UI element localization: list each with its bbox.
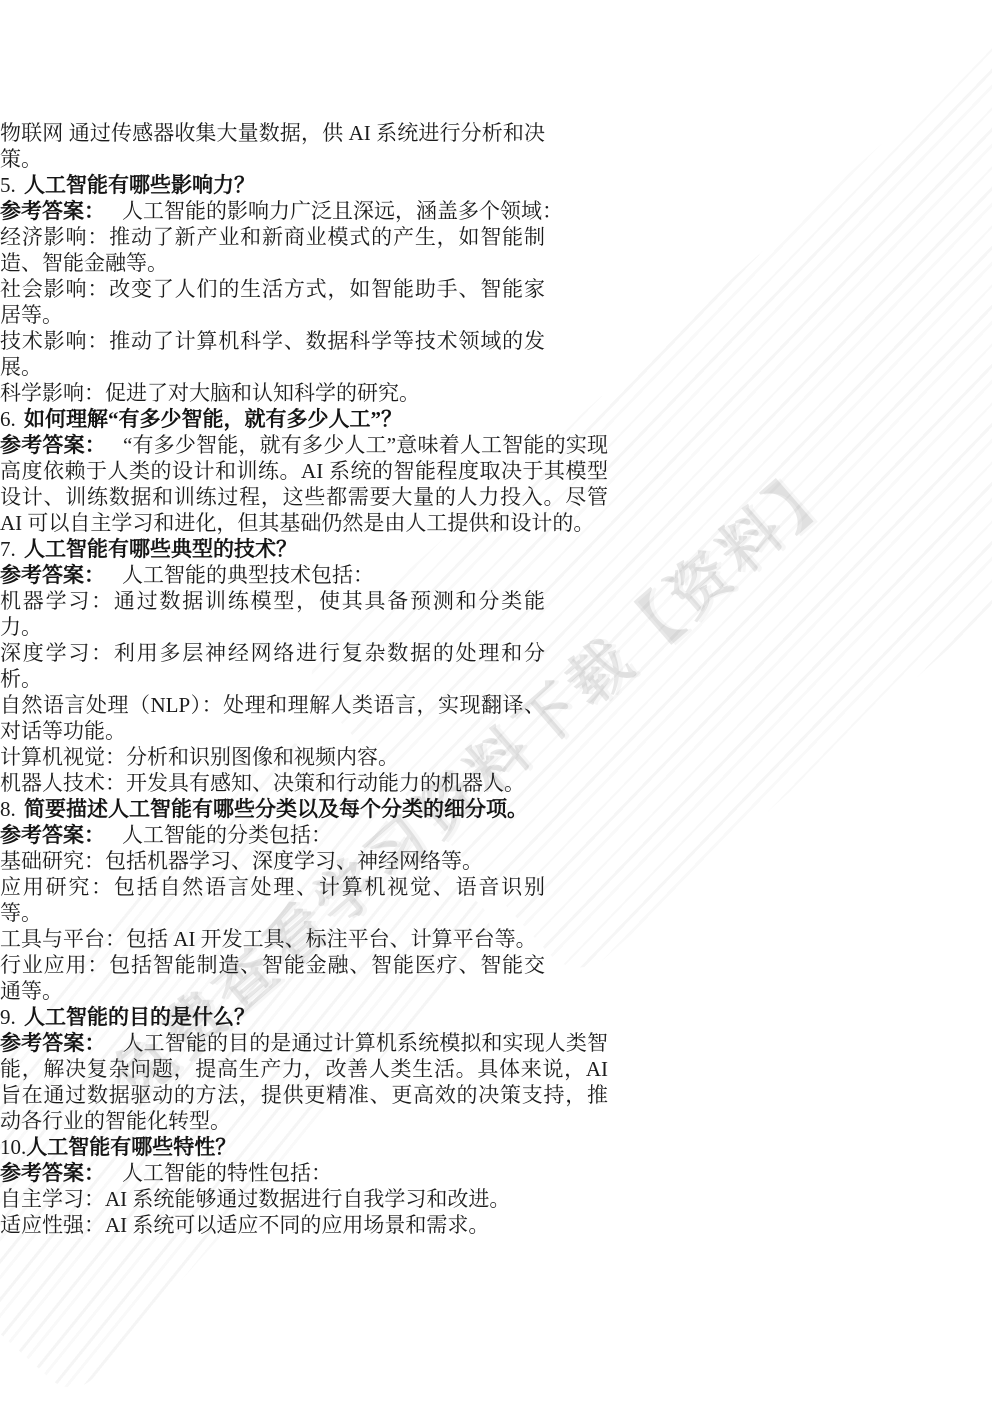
answer-sub-bullet-text: 自然语言处理（NLP）：处理和理解人类语言，实现翻译、对话等功能。: [0, 693, 545, 743]
question-number: 10.: [0, 1134, 26, 1160]
question-item: 7.人工智能有哪些典型的技术？: [0, 536, 992, 562]
question-text: 人工智能有哪些典型的技术？: [24, 537, 297, 561]
answer-text: 人工智能的影响力广泛且深远，涵盖多个领域：: [122, 199, 563, 223]
question-text: 人工智能有哪些影响力？: [24, 173, 255, 197]
answer-sub-bullet: 机器人技术：开发具有感知、决策和行动能力的机器人。: [0, 770, 545, 796]
answer-sub-bullet: 社会影响：改变了人们的生活方式，如智能助手、智能家居等。: [0, 276, 545, 328]
question-item: 9.人工智能的目的是什么？: [0, 1004, 992, 1030]
answer-sub-bullet-text: 计算机视觉：分析和识别图像和视频内容。: [0, 745, 399, 769]
answer-row: 参考答案：“有多少智能，就有多少人工”意味着人工智能的实现高度依赖于人类的设计和…: [0, 432, 608, 536]
question-number: 9.: [0, 1004, 24, 1030]
answer-sub-bullet-text: 经济影响：推动了新产业和新商业模式的产生，如智能制造、智能金融等。: [0, 225, 545, 275]
answer-sub-bullet: 经济影响：推动了新产业和新商业模式的产生，如智能制造、智能金融等。: [0, 224, 545, 276]
answer-sub-bullet: 自然语言处理（NLP）：处理和理解人类语言，实现翻译、对话等功能。: [0, 692, 545, 744]
answer-text: 人工智能的特性包括：: [122, 1161, 332, 1185]
answer-sub-bullet-text: 工具与平台：包括 AI 开发工具、标注平台、计算平台等。: [0, 927, 537, 951]
document-page: 免费查看学习资料下载【资料】 物联网 通过传感器收集大量数据，供 AI 系统进行…: [0, 0, 992, 1403]
answer-label: 参考答案：: [0, 1161, 105, 1185]
intro-bullet: 物联网 通过传感器收集大量数据，供 AI 系统进行分析和决策。: [0, 120, 545, 172]
answer-sub-bullet: 应用研究：包括自然语言处理、计算机视觉、语音识别等。: [0, 874, 545, 926]
answer-sub-bullet: 自主学习：AI 系统能够通过数据进行自我学习和改进。: [0, 1186, 545, 1212]
question-item: 5.人工智能有哪些影响力？: [0, 172, 992, 198]
answer-sub-bullet-text: 技术影响：推动了计算机科学、数据科学等技术领域的发展。: [0, 329, 545, 379]
intro-bullet-text: 物联网 通过传感器收集大量数据，供 AI 系统进行分析和决策。: [0, 121, 545, 171]
answer-label: 参考答案：: [0, 563, 105, 587]
question-text: 人工智能的目的是什么？: [24, 1005, 255, 1029]
question-number: 8.: [0, 796, 24, 822]
question-text: 如何理解“有多少智能，就有多少人工”？: [24, 407, 402, 431]
answer-row: 参考答案：人工智能的分类包括：: [0, 822, 608, 848]
answer-sub-bullet-text: 应用研究：包括自然语言处理、计算机视觉、语音识别等。: [0, 875, 545, 925]
answer-label: 参考答案：: [0, 199, 105, 223]
question-number: 6.: [0, 406, 24, 432]
question-number: 5.: [0, 172, 24, 198]
answer-sub-bullet: 工具与平台：包括 AI 开发工具、标注平台、计算平台等。: [0, 926, 545, 952]
answer-sub-bullet-text: 科学影响：促进了对大脑和认知科学的研究。: [0, 381, 420, 405]
answer-label: 参考答案：: [0, 433, 106, 457]
answer-sub-bullet: 机器学习：通过数据训练模型，使其具备预测和分类能力。: [0, 588, 545, 640]
answer-text: 人工智能的分类包括：: [122, 823, 332, 847]
answer-row: 参考答案：人工智能的目的是通过计算机系统模拟和实现人类智能，解决复杂问题，提高生…: [0, 1030, 608, 1134]
answer-label: 参考答案：: [0, 823, 105, 847]
answer-text: 人工智能的典型技术包括：: [122, 563, 374, 587]
answer-sub-bullet-text: 深度学习：利用多层神经网络进行复杂数据的处理和分析。: [0, 641, 545, 691]
question-item: 6.如何理解“有多少智能，就有多少人工”？: [0, 406, 992, 432]
answer-sub-bullet: 行业应用：包括智能制造、智能金融、智能医疗、智能交通等。: [0, 952, 545, 1004]
answer-sub-bullet: 技术影响：推动了计算机科学、数据科学等技术领域的发展。: [0, 328, 545, 380]
answer-sub-bullet-text: 行业应用：包括智能制造、智能金融、智能医疗、智能交通等。: [0, 953, 545, 1003]
question-item: 8.简要描述人工智能有哪些分类以及每个分类的细分项。: [0, 796, 992, 822]
answer-sub-bullet: 基础研究：包括机器学习、深度学习、神经网络等。: [0, 848, 545, 874]
question-text: 人工智能有哪些特性？: [26, 1135, 236, 1159]
question-item: 10.人工智能有哪些特性？: [0, 1134, 992, 1160]
answer-sub-bullet: 科学影响：促进了对大脑和认知科学的研究。: [0, 380, 545, 406]
answer-row: 参考答案：人工智能的影响力广泛且深远，涵盖多个领域：: [0, 198, 608, 224]
answer-sub-bullet: 深度学习：利用多层神经网络进行复杂数据的处理和分析。: [0, 640, 545, 692]
question-number: 7.: [0, 536, 24, 562]
answer-row: 参考答案：人工智能的特性包括：: [0, 1160, 608, 1186]
answer-sub-bullet-text: 社会影响：改变了人们的生活方式，如智能助手、智能家居等。: [0, 277, 545, 327]
answer-sub-bullet: 计算机视觉：分析和识别图像和视频内容。: [0, 744, 545, 770]
answer-sub-bullet-text: 基础研究：包括机器学习、深度学习、神经网络等。: [0, 849, 483, 873]
answer-sub-bullet-text: 自主学习：AI 系统能够通过数据进行自我学习和改进。: [0, 1187, 510, 1211]
answer-sub-bullet-text: 适应性强：AI 系统可以适应不同的应用场景和需求。: [0, 1213, 489, 1237]
answer-label: 参考答案：: [0, 1031, 106, 1055]
answer-sub-bullet-text: 机器人技术：开发具有感知、决策和行动能力的机器人。: [0, 771, 525, 795]
question-text: 简要描述人工智能有哪些分类以及每个分类的细分项。: [24, 797, 528, 821]
answer-row: 参考答案：人工智能的典型技术包括：: [0, 562, 608, 588]
answer-sub-bullet: 适应性强：AI 系统可以适应不同的应用场景和需求。: [0, 1212, 545, 1238]
document-content: 物联网 通过传感器收集大量数据，供 AI 系统进行分析和决策。5.人工智能有哪些…: [0, 120, 992, 1238]
answer-sub-bullet-text: 机器学习：通过数据训练模型，使其具备预测和分类能力。: [0, 589, 545, 639]
